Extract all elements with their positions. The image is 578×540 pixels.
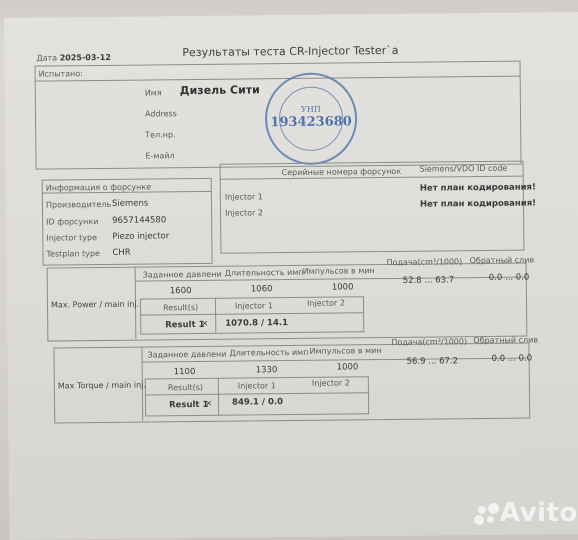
value-duration: 1330 <box>256 365 278 375</box>
testplan-type-value: CHR <box>112 248 130 258</box>
serial-injector-1-label: Injector 1 <box>225 192 263 201</box>
code-header: Siemens/VDO ID code <box>420 164 508 174</box>
result-1-label: Result 1 <box>169 400 208 410</box>
official-stamp: УНП 193423680 <box>265 72 358 165</box>
stamp-number: 193423680 <box>267 114 355 130</box>
col-header-duration: Длительность имп <box>225 268 304 278</box>
name-label: Имя <box>145 88 162 97</box>
address-label: Address <box>145 109 177 118</box>
results-injector-2-header: Injector 2 <box>307 298 345 307</box>
col-header-pulses: Импульсов в мин <box>309 346 381 356</box>
document-page: Дата 2025-03-12 Результаты теста CR-Inje… <box>4 12 578 540</box>
testplan-type-label: Testplan type <box>46 249 100 259</box>
results-injector-1-header: Injector 1 <box>235 301 273 310</box>
results-injector-2-header: Injector 2 <box>312 378 350 387</box>
test-name: Max Torque / main inj. <box>58 381 146 391</box>
avito-watermark: Avito <box>500 498 578 528</box>
value-pulses: 1000 <box>337 362 359 372</box>
test-name: Max. Power / main inj. <box>51 300 139 310</box>
value-backflow: 0.0 ... 0.0 <box>489 273 530 283</box>
test-max-torque: Max Torque / main inj. Заданное давлени … <box>4 12 578 18</box>
value-delivery: 52.8 ... 63.7 <box>403 275 454 286</box>
date-value: 2025-03-12 <box>60 53 111 63</box>
injector-type-label: Injector type <box>46 233 97 243</box>
manufacturer-value: Siemens <box>112 198 148 208</box>
serials-header: Серийные номера форсунок <box>282 167 402 177</box>
page-title: Результаты теста CR-Injector Tester`a <box>182 44 398 59</box>
result-1-label: Result 1 <box>165 320 204 330</box>
col-header-backflow: Обратный слив <box>473 335 538 345</box>
value-pressure: 1100 <box>174 367 196 377</box>
col-header-delivery: Подача(cm³/1000) <box>391 337 467 347</box>
injector-id-label: ID форсунки <box>46 217 98 227</box>
injector-type-value: Piezo injector <box>112 231 169 242</box>
manufacturer-label: Производитель <box>46 200 111 210</box>
phone-label: Тел.нр. <box>145 130 175 139</box>
col-header-duration: Длительность имп <box>229 348 308 358</box>
result-1-injector-1: 1070.8 / 14.1 <box>225 318 288 329</box>
col-header-backflow: Обратный слив <box>470 255 535 265</box>
value-duration: 1060 <box>251 284 273 294</box>
email-label: E-майл <box>145 151 174 160</box>
value-delivery: 56.9 ... 67.2 <box>407 356 458 367</box>
close-icon[interactable]: × <box>201 319 208 329</box>
serial-injector-1-code: Нет план кодирования! <box>420 182 536 193</box>
col-header-delivery: Подача(cm³/1000) <box>387 257 463 267</box>
serial-injector-2-code: Нет план кодирования! <box>420 198 536 209</box>
results-header: Result(s) <box>163 303 198 312</box>
value-pulses: 1000 <box>332 282 354 292</box>
close-icon[interactable]: × <box>205 399 212 409</box>
serial-injector-2-label: Injector 2 <box>225 208 263 217</box>
tested-label: Испытано: <box>39 69 83 78</box>
injector-id-value: 9657144580 <box>112 215 166 226</box>
col-header-pressure: Заданное давлени <box>143 270 222 280</box>
stamp-label: УНП <box>267 104 355 114</box>
result-1-injector-1: 849.1 / 0.0 <box>232 397 283 408</box>
col-header-pulses: Импульсов в мин <box>303 266 375 276</box>
value-backflow: 0.0 ... 0.0 <box>492 353 533 363</box>
date-label: Дата <box>36 53 57 62</box>
test-max-power: Max. Power / main inj. Заданное давлени … <box>4 12 578 18</box>
date-line: Дата 2025-03-12 <box>36 53 111 63</box>
col-header-pressure: Заданное давлени <box>147 350 226 360</box>
value-pressure: 1600 <box>170 286 192 296</box>
name-value: Дизель Сити <box>180 83 260 97</box>
injector-info-label: Информация о форсунке <box>46 182 151 192</box>
results-header: Result(s) <box>168 383 203 392</box>
results-injector-1-header: Injector 1 <box>238 381 276 390</box>
